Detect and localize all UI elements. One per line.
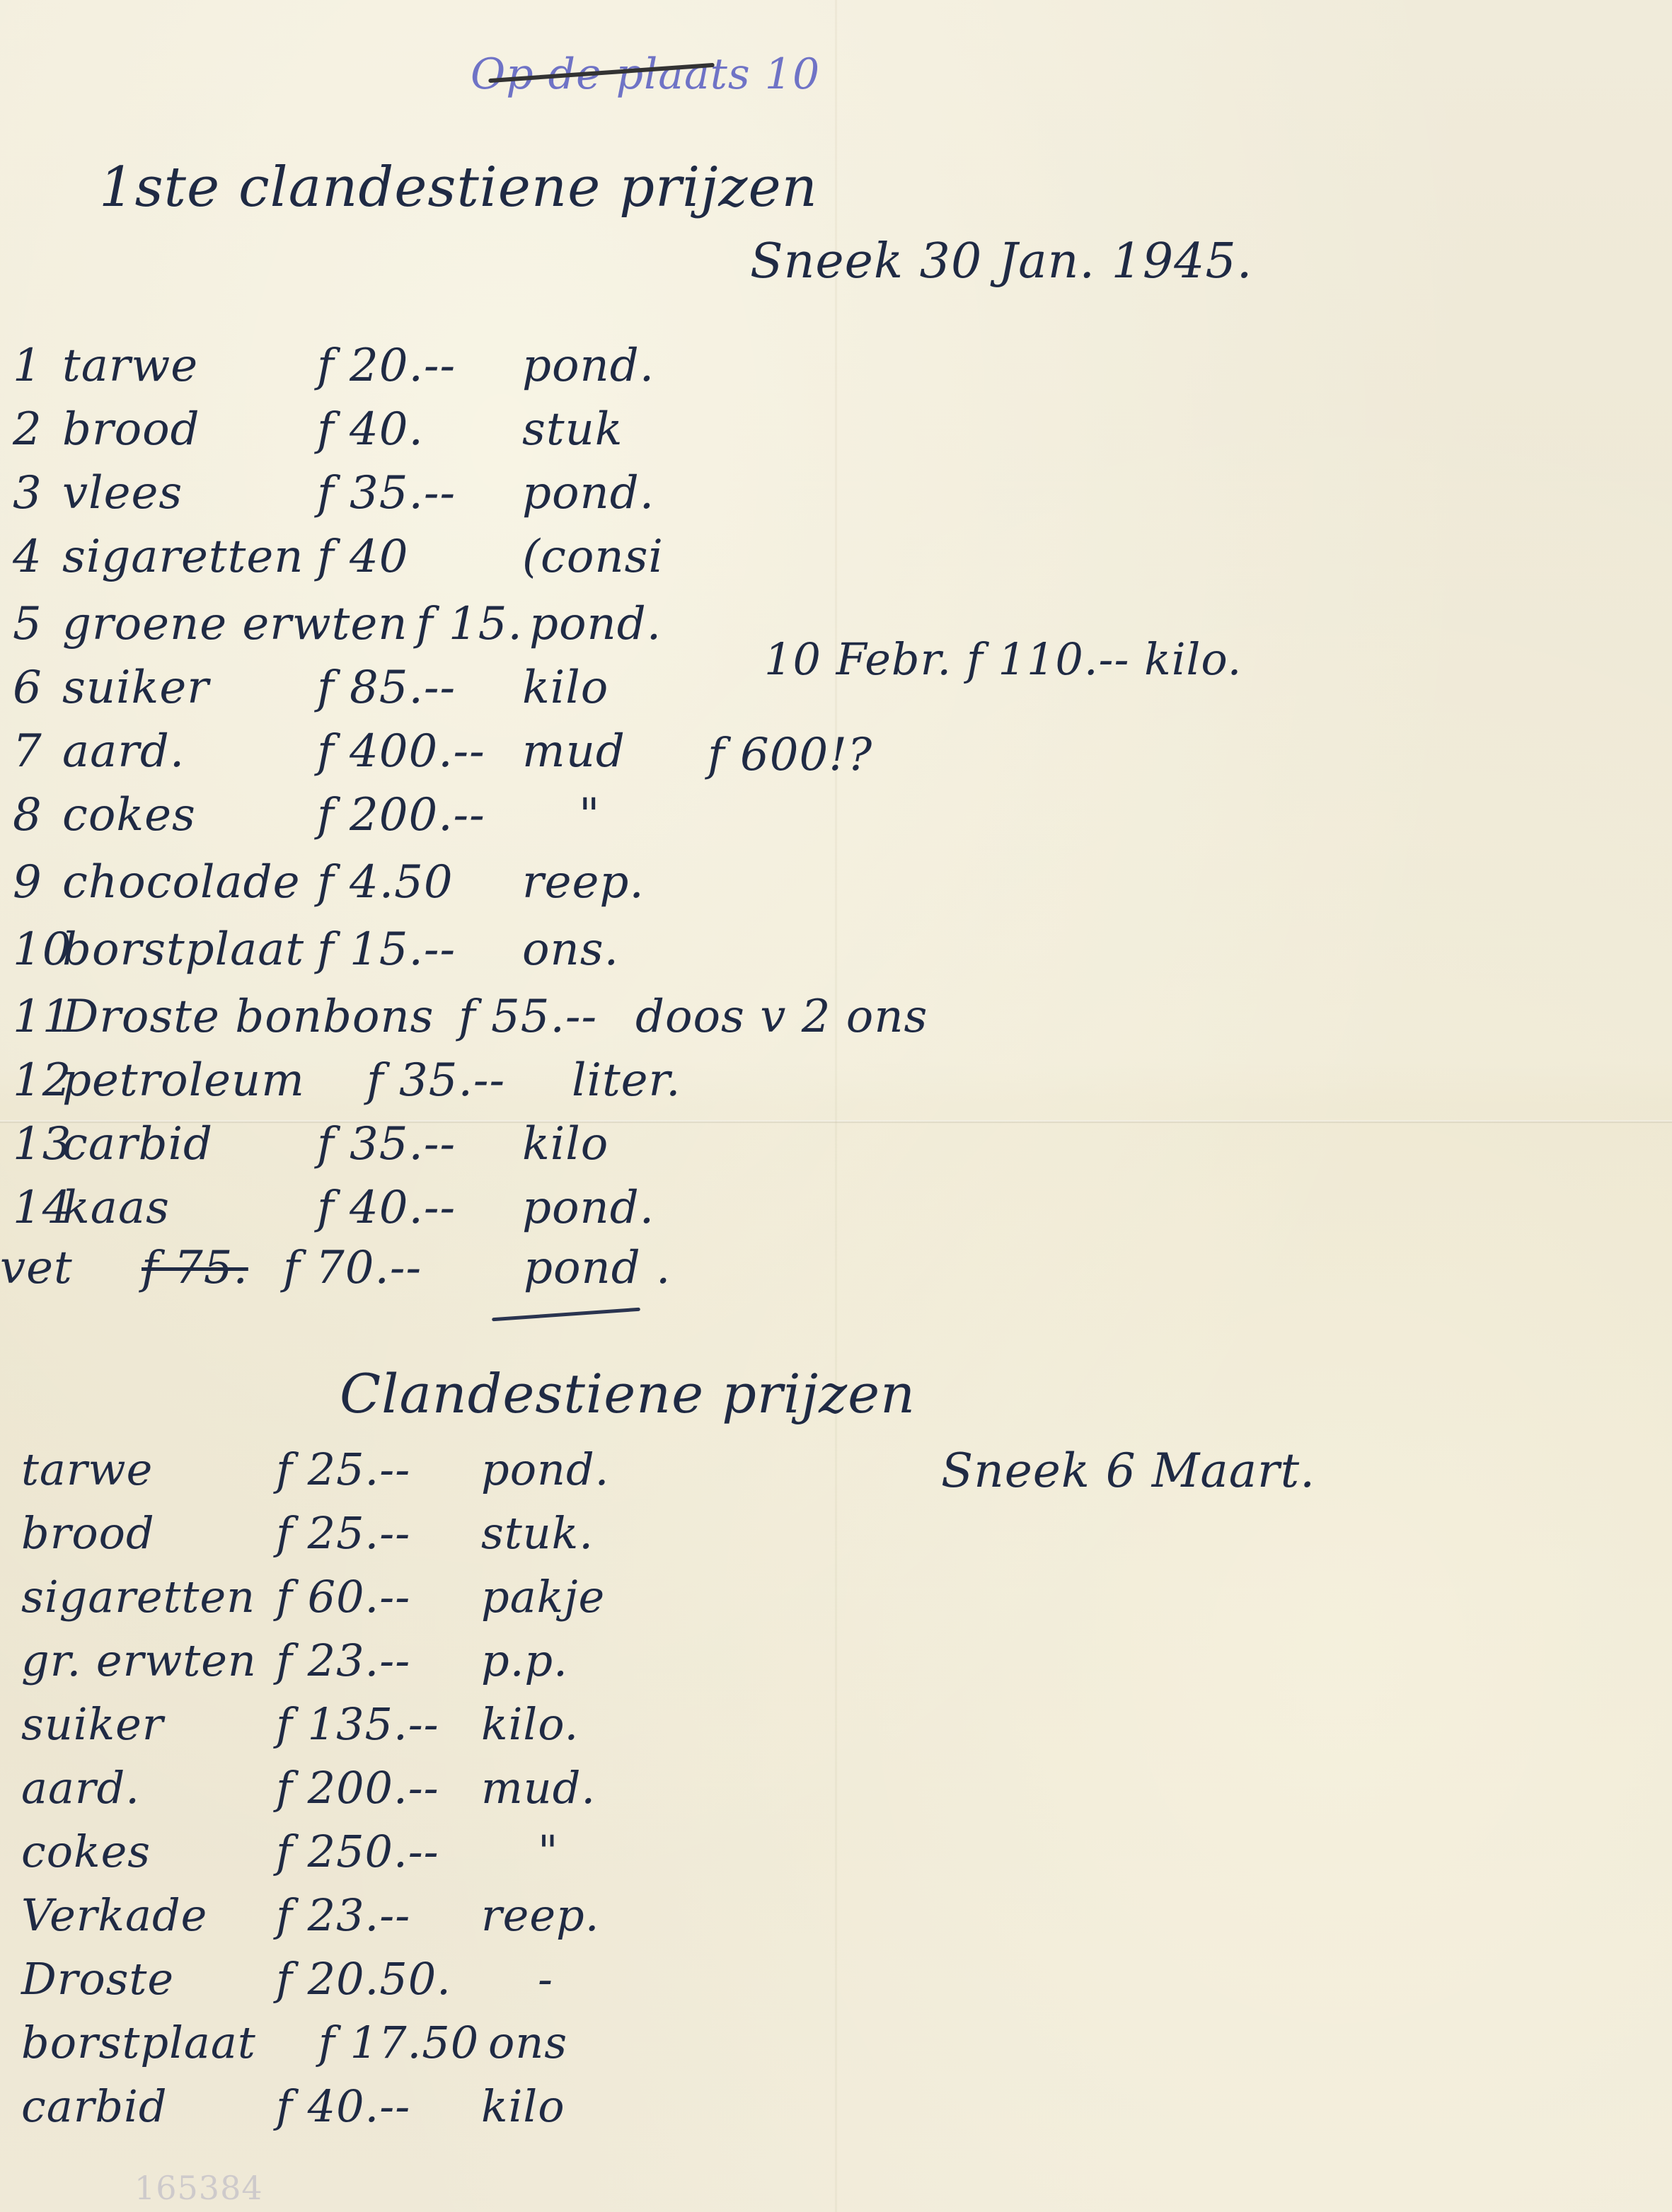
item-unit: p.p. bbox=[481, 1635, 568, 1686]
item-number: 5 bbox=[13, 598, 62, 650]
list-item: 5groene erwtenf 15.pond. bbox=[13, 598, 662, 650]
section1-dateline: Sneek 30 Jan. 1945. bbox=[750, 234, 1252, 289]
list-item: 10borstplaatf 15.--ons. bbox=[13, 923, 619, 976]
item-price: f 400.-- bbox=[317, 725, 522, 778]
item-name: cokes bbox=[21, 1826, 276, 1877]
item-name: tarwe bbox=[62, 340, 317, 392]
list-item: carbidf 40.--kilo bbox=[21, 2080, 565, 2132]
list-item: 6suikerf 85.--kilo bbox=[13, 662, 609, 714]
item-name: aard. bbox=[21, 1762, 276, 1814]
item-unit: " bbox=[522, 789, 600, 841]
item-price: f 15.-- bbox=[317, 923, 522, 976]
item-unit: ons bbox=[488, 2017, 567, 2068]
item-name: sigaretten bbox=[62, 531, 317, 583]
item-unit: pond. bbox=[522, 467, 655, 519]
side-note-febr: 10 Febr. f 110.-- kilo. bbox=[764, 633, 1242, 685]
item-price: f 135.-- bbox=[276, 1698, 481, 1750]
list-item: cokesf 250.--" bbox=[21, 1826, 559, 1877]
item-price: f 40. bbox=[317, 403, 522, 456]
item-name: Droste bbox=[21, 1953, 276, 2005]
item-number: 8 bbox=[13, 789, 62, 841]
item-number: 9 bbox=[13, 856, 62, 909]
section2-dateline: Sneek 6 Maart. bbox=[941, 1444, 1315, 1498]
item-number: 1 bbox=[13, 340, 62, 392]
item-unit: " bbox=[481, 1826, 559, 1877]
list-item: aard.f 200.--mud. bbox=[21, 1762, 596, 1814]
item-name: vlees bbox=[62, 467, 317, 519]
list-item: borstplaatf 17.50ons bbox=[21, 2017, 567, 2068]
item-price: f 25.-- bbox=[276, 1507, 481, 1559]
item-unit: mud. bbox=[481, 1762, 596, 1814]
section1-title: 1ste clandestiene prijzen bbox=[99, 156, 818, 219]
list-item: 3vleesf 35.--pond. bbox=[13, 467, 655, 519]
item-unit: kilo. bbox=[481, 1698, 579, 1750]
list-item: tarwef 25.--pond. bbox=[21, 1444, 609, 1495]
vertical-fold-line bbox=[835, 0, 837, 2212]
list-item: 8cokesf 200.--" bbox=[13, 789, 600, 841]
list-item: gr. erwtenf 23.--p.p. bbox=[21, 1635, 568, 1686]
list-item: suikerf 135.--kilo. bbox=[21, 1698, 579, 1750]
item-unit: pond . bbox=[524, 1242, 671, 1294]
list-item: sigarettenf 60.--pakje bbox=[21, 1571, 605, 1623]
item-number: 3 bbox=[13, 467, 62, 519]
list-item: 11Droste bonbonsf 55.--doos v 2 ons bbox=[13, 991, 928, 1043]
item-name: suiker bbox=[62, 662, 317, 714]
item-price: f 20.50. bbox=[276, 1953, 481, 2005]
item-name: chocolade bbox=[62, 856, 317, 909]
item-price: f 23.-- bbox=[276, 1889, 481, 1941]
side-note-600: f 600!? bbox=[708, 729, 872, 781]
list-item: 12petroleumf 35.--liter. bbox=[13, 1054, 681, 1107]
list-item: vetf 75.f 70.--pond . bbox=[0, 1242, 671, 1294]
item-price: f 4.50 bbox=[317, 856, 522, 909]
item-name: petroleum bbox=[62, 1054, 367, 1107]
item-number: 11 bbox=[13, 991, 62, 1043]
struck-price: f 75. bbox=[142, 1242, 283, 1294]
item-unit: kilo bbox=[522, 1118, 609, 1170]
item-price: f 40.-- bbox=[317, 1182, 522, 1234]
item-name: sigaretten bbox=[21, 1571, 276, 1623]
list-item: Drostef 20.50.- bbox=[21, 1953, 553, 2005]
list-item: Verkadef 23.--reep. bbox=[21, 1889, 599, 1941]
item-price: f 70.-- bbox=[283, 1242, 524, 1294]
item-number: 14 bbox=[13, 1182, 62, 1234]
item-name: groene erwten bbox=[62, 598, 416, 650]
item-name: aard. bbox=[62, 725, 317, 778]
item-unit: (consi bbox=[522, 531, 664, 583]
item-unit: ons. bbox=[522, 923, 619, 976]
item-number: 10 bbox=[13, 923, 62, 976]
item-name: carbid bbox=[62, 1118, 317, 1170]
list-item: 7aard.f 400.--mud bbox=[13, 725, 625, 778]
item-name: brood bbox=[62, 403, 317, 456]
item-name: kaas bbox=[62, 1182, 317, 1234]
item-number: 4 bbox=[13, 531, 62, 583]
item-name: brood bbox=[21, 1507, 276, 1559]
item-name: carbid bbox=[21, 2080, 276, 2132]
item-unit: stuk bbox=[522, 403, 623, 456]
item-price: f 35.-- bbox=[367, 1054, 572, 1107]
item-unit: - bbox=[481, 1953, 553, 2005]
item-number: 13 bbox=[13, 1118, 62, 1170]
item-price: f 40 bbox=[317, 531, 522, 583]
item-price: f 20.-- bbox=[317, 340, 522, 392]
list-item: 2broodf 40.stuk bbox=[13, 403, 623, 456]
item-number: 2 bbox=[13, 403, 62, 456]
item-price: f 35.-- bbox=[317, 1118, 522, 1170]
item-unit: pond. bbox=[522, 340, 655, 392]
item-unit: kilo bbox=[481, 2080, 565, 2132]
item-unit: reep. bbox=[481, 1889, 599, 1941]
item-unit: pond. bbox=[481, 1444, 609, 1495]
item-name: suiker bbox=[21, 1698, 276, 1750]
item-number: 7 bbox=[13, 725, 62, 778]
list-item: broodf 25.--stuk. bbox=[21, 1507, 594, 1559]
section2-title: Clandestiene prijzen bbox=[340, 1362, 916, 1425]
item-unit: reep. bbox=[522, 856, 645, 909]
list-item: 4sigarettenf 40(consi bbox=[13, 531, 664, 583]
struck-annotation: Op de plaats 10 bbox=[471, 50, 820, 99]
list-item: 13carbidf 35.--kilo bbox=[13, 1118, 609, 1170]
item-unit: mud bbox=[522, 725, 625, 778]
item-price: f 25.-- bbox=[276, 1444, 481, 1495]
item-unit: stuk. bbox=[481, 1507, 594, 1559]
item-name: vet bbox=[0, 1242, 142, 1294]
item-number: 12 bbox=[13, 1054, 62, 1107]
item-unit: pakje bbox=[481, 1571, 605, 1623]
item-price: f 55.-- bbox=[459, 991, 635, 1043]
item-price: f 35.-- bbox=[317, 467, 522, 519]
item-name: gr. erwten bbox=[21, 1635, 276, 1686]
item-name: borstplaat bbox=[21, 2017, 318, 2068]
item-unit: pond. bbox=[529, 598, 662, 650]
list-item: 9chocoladef 4.50reep. bbox=[13, 856, 645, 909]
item-price: f 60.-- bbox=[276, 1571, 481, 1623]
item-name: Droste bonbons bbox=[62, 991, 459, 1043]
item-name: tarwe bbox=[21, 1444, 276, 1495]
item-price: f 85.-- bbox=[317, 662, 522, 714]
item-price: f 250.-- bbox=[276, 1826, 481, 1877]
list-item: 1tarwef 20.--pond. bbox=[13, 340, 655, 392]
item-price: f 200.-- bbox=[317, 789, 522, 841]
item-price: f 200.-- bbox=[276, 1762, 481, 1814]
archive-number-bleedthrough: 165384 bbox=[134, 2169, 263, 2207]
item-price: f 15. bbox=[416, 598, 529, 650]
item-unit: liter. bbox=[572, 1054, 681, 1107]
item-price: f 17.50 bbox=[318, 2017, 488, 2068]
list-item: 14kaasf 40.--pond. bbox=[13, 1182, 655, 1234]
item-unit: kilo bbox=[522, 662, 609, 714]
item-number: 6 bbox=[13, 662, 62, 714]
item-price: f 40.-- bbox=[276, 2080, 481, 2132]
item-unit: pond. bbox=[522, 1182, 655, 1234]
item-name: borstplaat bbox=[62, 923, 317, 976]
item-name: Verkade bbox=[21, 1889, 276, 1941]
item-name: cokes bbox=[62, 789, 317, 841]
item-price: f 23.-- bbox=[276, 1635, 481, 1686]
item-unit: doos v 2 ons bbox=[635, 991, 928, 1043]
